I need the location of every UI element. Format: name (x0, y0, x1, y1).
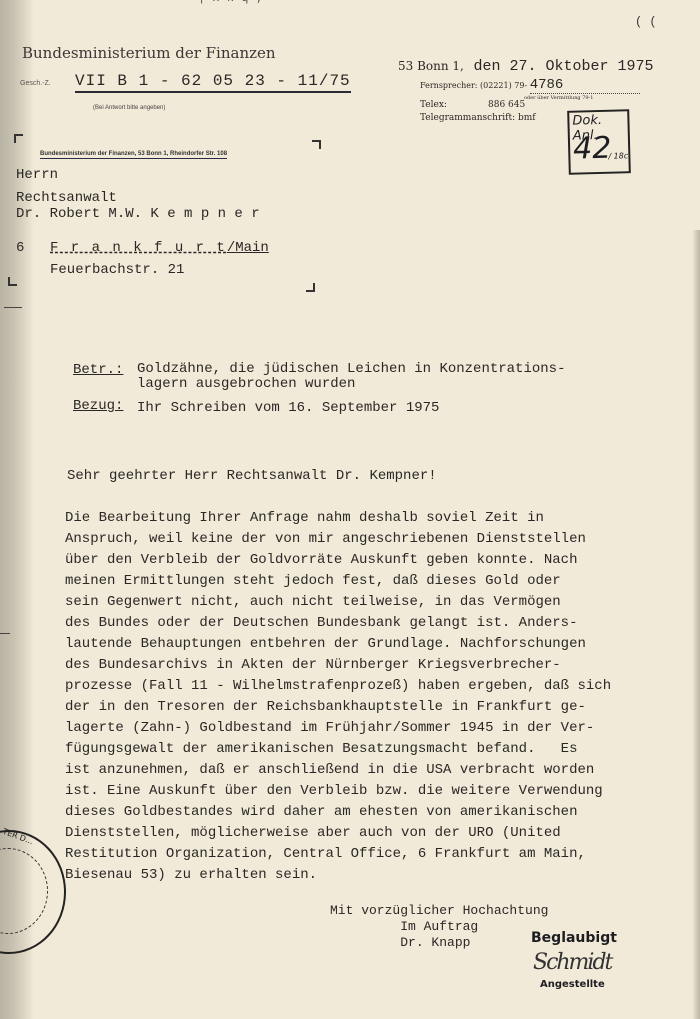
document-stamp: Dok. Anl. 42 / 18c (567, 109, 631, 175)
ministry-letterhead: Bundesministerium der Finanzen (22, 44, 276, 62)
recipient-city-suffix: /Main (227, 240, 269, 256)
phone-extension: 4786 (530, 77, 640, 94)
address-window-corner-icon (306, 283, 315, 292)
address-window-corner-icon (14, 134, 23, 143)
greeting: Sehr geehrter Herr Rechtsanwalt Dr. Kemp… (67, 468, 437, 484)
body-line: meinen Ermittlungen steht jedoch fest, d… (65, 571, 655, 592)
scan-edge-shadow-right (692, 230, 700, 1019)
stamp-sub: / 18c (608, 151, 628, 161)
signature: Schmidt (533, 950, 611, 975)
phone-line: Fernsprecher: (02221) 79- 4786 (420, 77, 640, 94)
reference-note: (Bei Antwort bitte angeben) (93, 105, 165, 111)
closing-text: Mit vorzüglicher Hochachtung Im Auftrag … (330, 903, 548, 951)
telex-value: 886 645 (488, 100, 525, 110)
reference-number: VII B 1 - 62 05 23 - 11/75 (75, 72, 351, 93)
body-line: dieses Goldbestandes wird daher am ehest… (65, 802, 655, 823)
body-line: ist. Eine Auskunft über den Verbleib bzw… (65, 781, 655, 802)
recipient-salutation: Herrn (16, 167, 58, 183)
certified-stamp: Beglaubigt (531, 930, 617, 946)
recipient-street: Feuerbachstr. 21 (50, 262, 184, 278)
body-line: Dienststellen, möglicherweise aber auch … (65, 823, 655, 844)
body-line: Die Bearbeitung Ihrer Anfrage nahm desha… (65, 508, 655, 529)
subject-text: Goldzähne, die jüdischen Leichen in Konz… (137, 362, 565, 392)
punch-mark (0, 633, 10, 634)
dateline-place: 53 Bonn 1, (398, 59, 464, 73)
body-line: sein Gegenwert nicht, auch nicht teilwei… (65, 592, 655, 613)
phone-label: Fernsprecher: (02221) 79- (420, 81, 527, 90)
body-line: des Bundes oder der Deutschen Bundesbank… (65, 613, 655, 634)
body-line: prozesse (Fall 11 - Wilhelmstrafenprozeß… (65, 676, 655, 697)
sender-return-address: Bundesministerium der Finanzen, 53 Bonn … (40, 151, 227, 159)
subject-label: Betr.: (73, 362, 123, 378)
recipient-title: Rechtsanwalt (16, 190, 117, 206)
telegram-address: Telegrammanschrift: bmf (420, 113, 536, 123)
stamp-number: 42 (573, 130, 612, 169)
phone-note: oder über Vermittlung 79-1 (524, 95, 593, 101)
body-line: fügungsgewalt der amerikanischen Besatzu… (65, 739, 655, 760)
dateline: 53 Bonn 1, den 27. Oktober 1975 (398, 57, 654, 75)
reference-label: Gesch.-Z. (20, 80, 51, 87)
address-window-corner-icon (312, 140, 321, 149)
body-line: der in den Tresoren der Reichsbankhaupts… (65, 697, 655, 718)
page-mark: ( ( (635, 15, 657, 29)
body-line: lagerte (Zahn-) Goldbestand im Frühjahr/… (65, 718, 655, 739)
body-line: Biesenau 53) zu erhalten sein. (65, 865, 655, 886)
body-line: ist anzunehmen, daß er anschließend in d… (65, 760, 655, 781)
punch-mark (4, 307, 22, 308)
body-line: des Bundesarchivs in Akten der Nürnberge… (65, 655, 655, 676)
dateline-date: den 27. Oktober 1975 (473, 58, 653, 75)
address-window-corner-icon (8, 277, 17, 286)
reference-label-bezug: Bezug: (73, 398, 123, 414)
recipient-city-name: F r a n k f u r t (50, 240, 227, 256)
reference-text: Ihr Schreiben vom 16. September 1975 (137, 400, 439, 416)
telex-label: Telex: (420, 100, 447, 110)
recipient-city: F r a n k f u r t/Main (50, 240, 269, 256)
body-line: über den Verbleib der Goldvorräte Auskun… (65, 550, 655, 571)
recipient-postal-code: 6 (16, 240, 24, 256)
employee-stamp: Angestellte (540, 979, 605, 990)
letter-body: Die Bearbeitung Ihrer Anfrage nahm desha… (65, 508, 655, 886)
body-line: Restitution Organization, Central Office… (65, 844, 655, 865)
body-line: Anspruch, weil keine der von mir angesch… (65, 529, 655, 550)
recipient-name: Dr. Robert M.W. K e m p n e r (16, 206, 260, 222)
body-line: lautende Behauptungen entbehren der Grun… (65, 634, 655, 655)
top-scribble: | x k q ; (198, 0, 263, 5)
